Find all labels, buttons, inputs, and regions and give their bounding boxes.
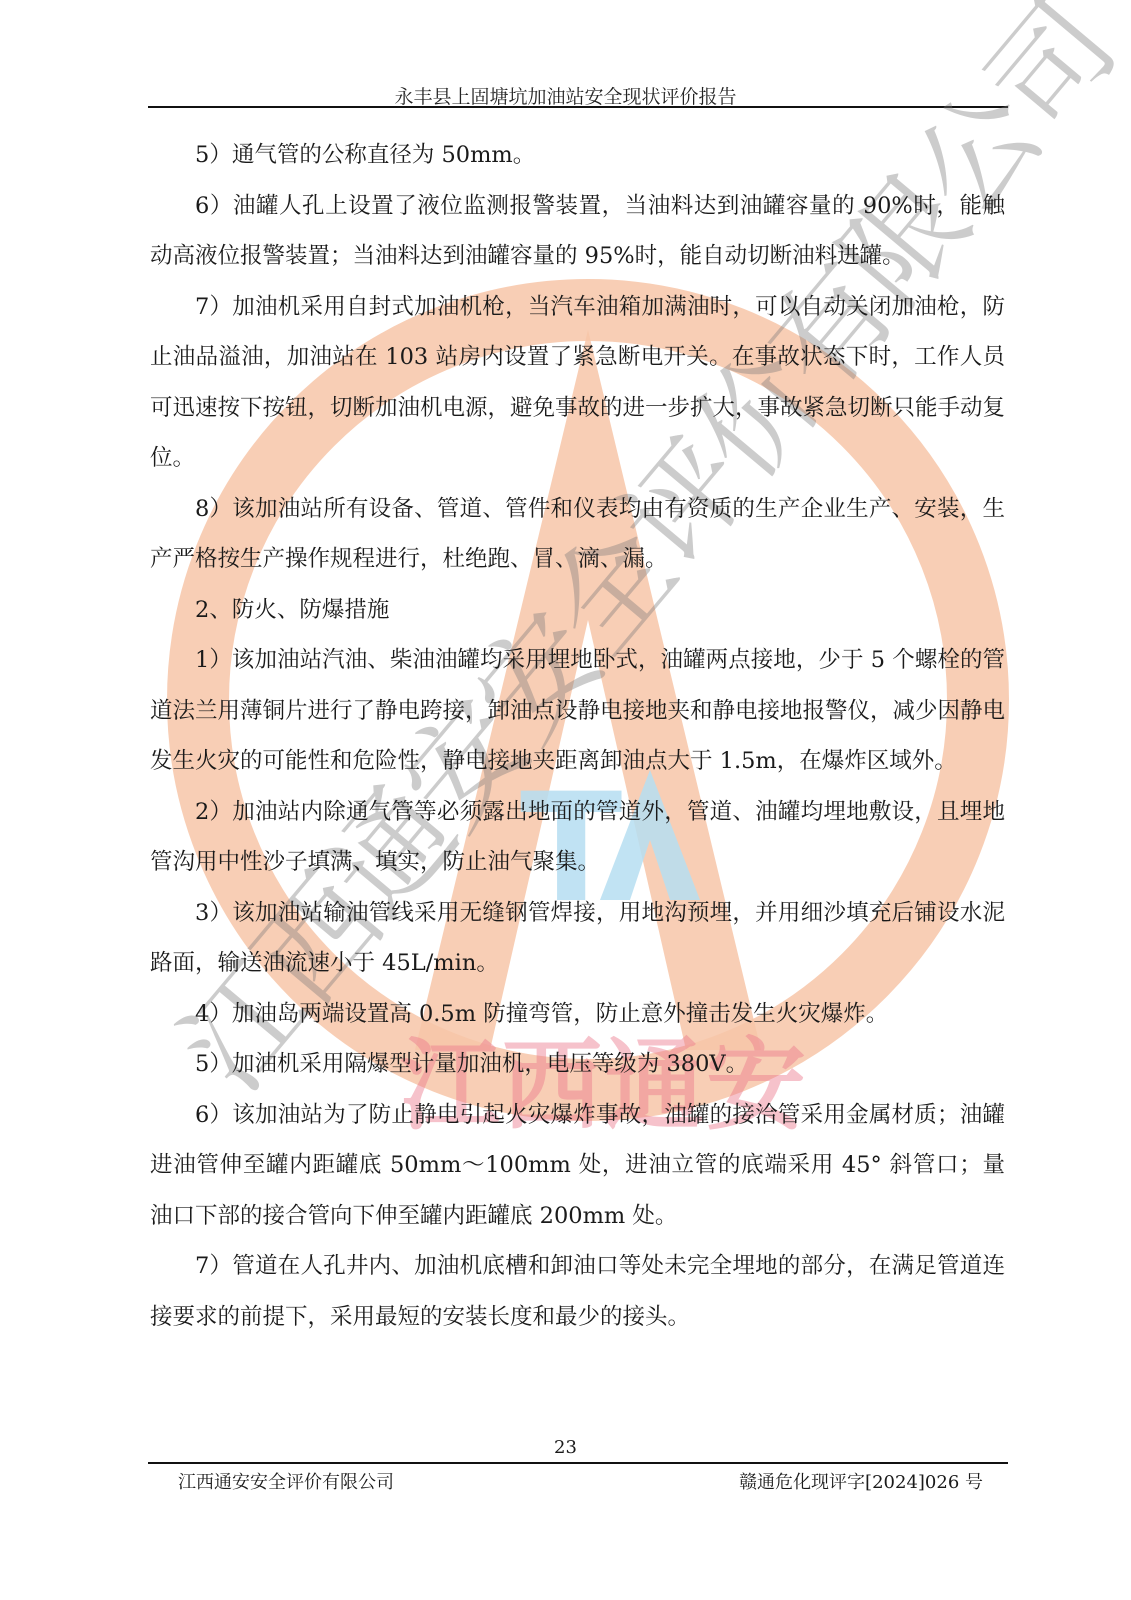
header-title: 永丰县上固塘坑加油站安全现状评价报告: [0, 82, 1131, 109]
paragraph: 7）管道在人孔井内、加油机底槽和卸油口等处未完全埋地的部分，在满足管道连接要求的…: [150, 1241, 1005, 1342]
section-heading: 2、防火、防爆措施: [150, 585, 1005, 636]
body-content: 5）通气管的公称直径为 50mm。 6）油罐人孔上设置了液位监测报警装置，当油料…: [150, 130, 1005, 1342]
paragraph: 7）加油机采用自封式加油机枪，当汽车油箱加满油时，可以自动关闭加油枪，防止油品溢…: [150, 282, 1005, 484]
header-divider: [148, 106, 1008, 108]
paragraph: 4）加油岛两端设置高 0.5m 防撞弯管，防止意外撞击发生火灾爆炸。: [150, 989, 1005, 1040]
paragraph: 2）加油站内除通气管等必须露出地面的管道外，管道、油罐均埋地敷设，且埋地管沟用中…: [150, 787, 1005, 888]
page-number: 23: [0, 1437, 1131, 1458]
paragraph: 5）通气管的公称直径为 50mm。: [150, 130, 1005, 181]
paragraph: 5）加油机采用隔爆型计量加油机，电压等级为 380V。: [150, 1039, 1005, 1090]
paragraph: 1）该加油站汽油、柴油油罐均采用埋地卧式，油罐两点接地，少于 5 个螺栓的管道法…: [150, 635, 1005, 787]
paragraph: 6）油罐人孔上设置了液位监测报警装置，当油料达到油罐容量的 90%时，能触动高液…: [150, 181, 1005, 282]
document-page: 永丰县上固塘坑加油站安全现状评价报告 T 江西通安 江西通安安全评价有限公司 5…: [0, 0, 1131, 1600]
paragraph: 8）该加油站所有设备、管道、管件和仪表均由有资质的生产企业生产、安装，生产严格按…: [150, 484, 1005, 585]
footer-document-number: 赣通危化现评字[2024]026 号: [739, 1468, 983, 1494]
footer-divider: [148, 1462, 1008, 1464]
paragraph: 6）该加油站为了防止静电引起火灾爆炸事故，油罐的接洽管采用金属材质；油罐进油管伸…: [150, 1090, 1005, 1242]
footer-company: 江西通安安全评价有限公司: [178, 1468, 394, 1494]
paragraph: 3）该加油站输油管线采用无缝钢管焊接，用地沟预埋，并用细沙填充后铺设水泥路面，输…: [150, 888, 1005, 989]
